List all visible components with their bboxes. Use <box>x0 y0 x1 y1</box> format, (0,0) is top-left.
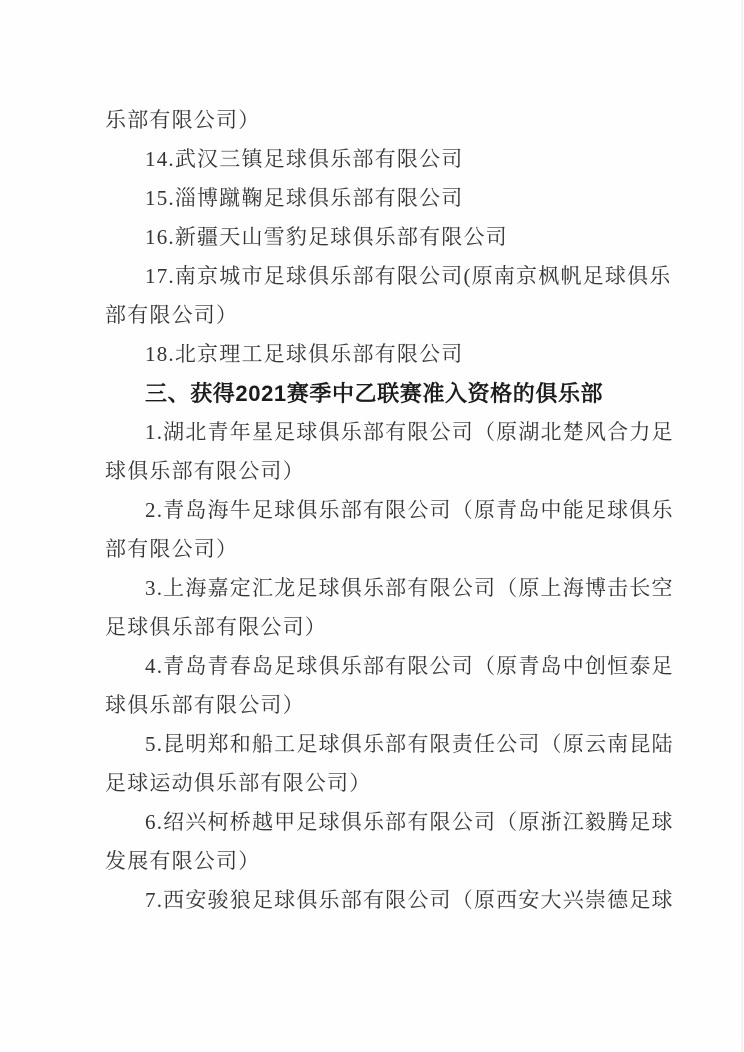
list-item-18: 18.北京理工足球俱乐部有限公司 <box>105 335 650 374</box>
list-item-5: 5.昆明郑和船工足球俱乐部有限责任公司（原云南昆陆 <box>105 725 650 764</box>
list-item-1: 1.湖北青年星足球俱乐部有限公司（原湖北楚风合力足 <box>105 413 650 452</box>
list-item-15: 15.淄博蹴鞠足球俱乐部有限公司 <box>105 179 650 218</box>
section-heading: 三、获得2021赛季中乙联赛准入资格的俱乐部 <box>105 374 650 413</box>
text-line-continuation: 部有限公司） <box>105 530 650 569</box>
document-content: 乐部有限公司） 14.武汉三镇足球俱乐部有限公司 15.淄博蹴鞠足球俱乐部有限公… <box>105 101 650 920</box>
list-item-4: 4.青岛青春岛足球俱乐部有限公司（原青岛中创恒泰足 <box>105 647 650 686</box>
text-line-continuation: 足球运动俱乐部有限公司） <box>105 764 650 803</box>
document-page: 乐部有限公司） 14.武汉三镇足球俱乐部有限公司 15.淄博蹴鞠足球俱乐部有限公… <box>0 0 744 1052</box>
text-line-continuation: 部有限公司） <box>105 296 650 335</box>
list-item-17: 17.南京城市足球俱乐部有限公司(原南京枫帆足球俱乐 <box>105 257 650 296</box>
text-line-continuation: 足球俱乐部有限公司） <box>105 608 650 647</box>
list-item-2: 2.青岛海牛足球俱乐部有限公司（原青岛中能足球俱乐 <box>105 491 650 530</box>
text-line-continuation: 球俱乐部有限公司） <box>105 452 650 491</box>
text-line-continuation: 球俱乐部有限公司） <box>105 686 650 725</box>
list-item-7: 7.西安骏狼足球俱乐部有限公司（原西安大兴崇德足球 <box>105 881 650 920</box>
list-item-3: 3.上海嘉定汇龙足球俱乐部有限公司（原上海博击长空 <box>105 569 650 608</box>
list-item-14: 14.武汉三镇足球俱乐部有限公司 <box>105 140 650 179</box>
list-item-6: 6.绍兴柯桥越甲足球俱乐部有限公司（原浙江毅腾足球 <box>105 803 650 842</box>
text-line-continuation: 乐部有限公司） <box>105 101 650 140</box>
text-line-continuation: 发展有限公司） <box>105 842 650 881</box>
list-item-16: 16.新疆天山雪豹足球俱乐部有限公司 <box>105 218 650 257</box>
scan-edge-artifact <box>741 0 743 1052</box>
